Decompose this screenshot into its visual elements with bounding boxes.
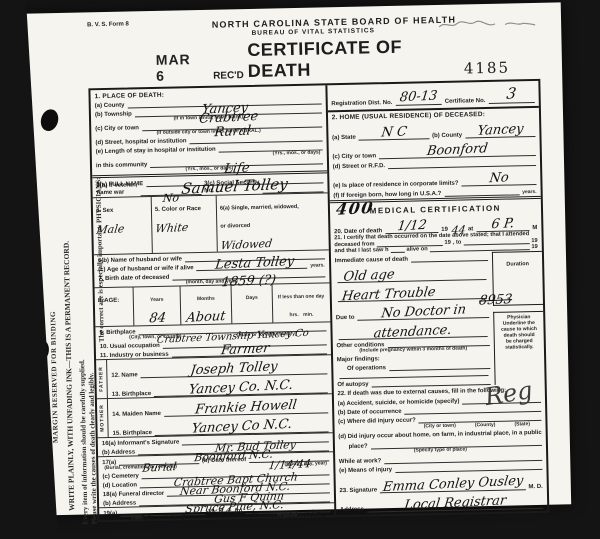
- death-year-value: 44: [450, 226, 465, 236]
- age-less-cell: If less than one dayhrs. min.: [273, 283, 330, 322]
- certify-19b: 19: [531, 238, 537, 244]
- certificate-title: CERTIFICATE OF DEATH: [247, 35, 464, 82]
- certificate-no-label: Certificate No.: [445, 98, 486, 105]
- race-label: 5. Color or Race: [155, 206, 201, 213]
- marital-cell: 6(a) Single, married, widowed, or divorc…: [217, 193, 329, 251]
- pencil-scribble: [435, 15, 545, 33]
- age-label-cell: 8. AGE:: [95, 287, 135, 326]
- father-block: FATHER 12. NameJoseph Tolley 13. Birthpl…: [96, 354, 331, 398]
- margin-text-write-plainly: WRITE PLAINLY, WITH UNFADING INK—THIS IS…: [62, 241, 77, 511]
- disposal-date-line: 1/14/44: [249, 451, 329, 463]
- father-tab-label: FATHER: [98, 366, 105, 392]
- race-cell: 5. Color or RaceWhite: [152, 196, 218, 253]
- injury-note-county: (County): [475, 422, 496, 428]
- physician-box: Physician Underline the cause to which d…: [493, 311, 545, 385]
- death-time-value: 6 P.: [491, 219, 515, 231]
- age-label: 8. AGE:: [98, 298, 120, 304]
- age-months-label: Months: [197, 296, 215, 302]
- cause-region: Immediate cause of death Old age Heart T…: [331, 251, 545, 388]
- other-conditions-line: [387, 336, 490, 348]
- veteran-line: No: [140, 185, 201, 196]
- age-years-cell: Years84: [134, 286, 182, 325]
- sex-cell: 4. SexMale: [93, 197, 153, 254]
- medical-code-value: 400: [335, 201, 375, 216]
- home-county-value: Yancey: [477, 124, 524, 137]
- certificate-form: B. V. S. Form 8 NORTH CAROLINA STATE BOA…: [87, 13, 549, 522]
- age-days-label: Days: [246, 295, 258, 301]
- death-at-label: at: [468, 226, 473, 232]
- cause-lines: Immediate cause of death Old age Heart T…: [331, 252, 495, 388]
- death-m-label: M: [532, 225, 537, 231]
- home-foreign-line: [444, 185, 519, 197]
- due-line1: No Doctor in: [357, 298, 489, 321]
- sex-race-marital-row: 4. SexMale 5. Color or RaceWhite 6(a) Si…: [93, 192, 329, 255]
- home-state-value: N C: [380, 127, 407, 139]
- physician-addr-value: Local Registrar: [403, 496, 506, 511]
- title-row: MAR 6 REC'D CERTIFICATE OF DEATH 4185: [87, 34, 540, 85]
- due-value1: No Doctor in: [380, 305, 466, 319]
- received-stamp-recd: REC'D: [213, 70, 244, 82]
- punch-hole-icon: [38, 107, 61, 133]
- certify-19c: 19: [531, 244, 537, 250]
- father-tab: FATHER: [96, 360, 108, 398]
- home-city-value: Boonford: [426, 144, 488, 157]
- sex-value: Male: [96, 225, 125, 235]
- age-hrs-label: hrs.: [289, 312, 298, 318]
- age-min-label: min.: [303, 312, 313, 318]
- physician-addr-label: Address: [340, 507, 364, 514]
- registration-row: Registration Dist. No. 80-13 Certificate…: [327, 81, 539, 112]
- photo-background: MARGIN RESERVED FOR BINDING WRITE PLAINL…: [0, 0, 600, 539]
- father-rows: 12. NameJoseph Tolley 13. BirthplaceYanc…: [107, 355, 331, 398]
- death-date-value: 1/12: [396, 221, 427, 233]
- death-time-line: 6 P.: [476, 211, 530, 232]
- home-county-line: Yancey: [465, 117, 536, 138]
- injury-note-state: (State): [514, 421, 530, 427]
- form-box: 1. PLACE OF DEATH: (a) CountyYancey (b) …: [88, 79, 549, 522]
- registration-dist-line: 80-13: [395, 84, 442, 106]
- certificate-no-line: 3: [488, 82, 535, 104]
- ssn-line: [262, 182, 323, 193]
- certificate-no-value: 3: [506, 87, 517, 100]
- community-value: Life: [223, 164, 250, 176]
- registration-dist-value: 80-13: [399, 92, 438, 104]
- death-date-line: 1/12: [385, 213, 439, 234]
- mother-tab-label: MOTHER: [99, 404, 106, 432]
- received-stamp-date: MAR 6: [156, 51, 204, 84]
- lastsaw-blank: [390, 246, 404, 253]
- age-row: 8. AGE: Years84 MonthsAbout Days If less…: [95, 282, 330, 327]
- right-column: Registration Dist. No. 80-13 Certificate…: [327, 81, 547, 515]
- physician-addr-line: Local Registrar: [367, 489, 544, 513]
- duration-label: Duration: [506, 261, 529, 267]
- form-number: B. V. S. Form 8: [87, 21, 129, 28]
- medical-side-boxes: Duration 8953 Physician Underline the ca…: [492, 251, 545, 385]
- marital-value: Widowed: [220, 240, 272, 251]
- death-certificate-page: MARGIN RESERVED FOR BINDING WRITE PLAINL…: [23, 2, 571, 515]
- mother-block: MOTHER 14. Maiden NameFrankie Howell 15.…: [97, 393, 332, 437]
- age-months-cell: MonthsAbout: [181, 285, 233, 324]
- home-corp-value: No: [489, 173, 510, 184]
- mother-rows: 14. Maiden NameFrankie Howell 15. Birthp…: [108, 394, 332, 437]
- serial-number: 4185: [464, 58, 511, 77]
- age-less-label: If less than one day: [278, 293, 325, 300]
- veteran-label: 3(b) If veteran, name war: [96, 182, 137, 197]
- home-state-line: N C: [358, 119, 429, 140]
- sex-label: 4. Sex: [96, 208, 113, 214]
- home-corp-line: No: [461, 165, 536, 187]
- home-foreign-unit: years.: [522, 189, 537, 195]
- death-date-19: 19: [441, 227, 448, 233]
- age-years-label: Years: [150, 297, 163, 303]
- age-days-cell: Days: [232, 285, 274, 324]
- age-years-value: 84: [148, 314, 166, 325]
- filed-date-value: March 4: [139, 514, 187, 525]
- registration-dist-label: Registration Dist. No.: [331, 100, 392, 107]
- registrar-sig-value: Emma Conley: [249, 510, 327, 523]
- race-value: White: [155, 224, 189, 234]
- filed-date-line: March 4: [120, 505, 205, 517]
- marital-label: 6(a) Single, married, widowed, or divorc…: [220, 204, 299, 230]
- age-months-value: About: [186, 312, 226, 324]
- disposal-type-line: Burial: [119, 454, 199, 466]
- left-column: 1. PLACE OF DEATH: (a) CountyYancey (b) …: [90, 85, 336, 520]
- registrar-sig-line: Emma Conley: [245, 502, 330, 514]
- statistical-code-value: 8953: [478, 295, 512, 307]
- mother-tab: MOTHER: [97, 399, 109, 437]
- filed-year-value: 44: [217, 508, 232, 518]
